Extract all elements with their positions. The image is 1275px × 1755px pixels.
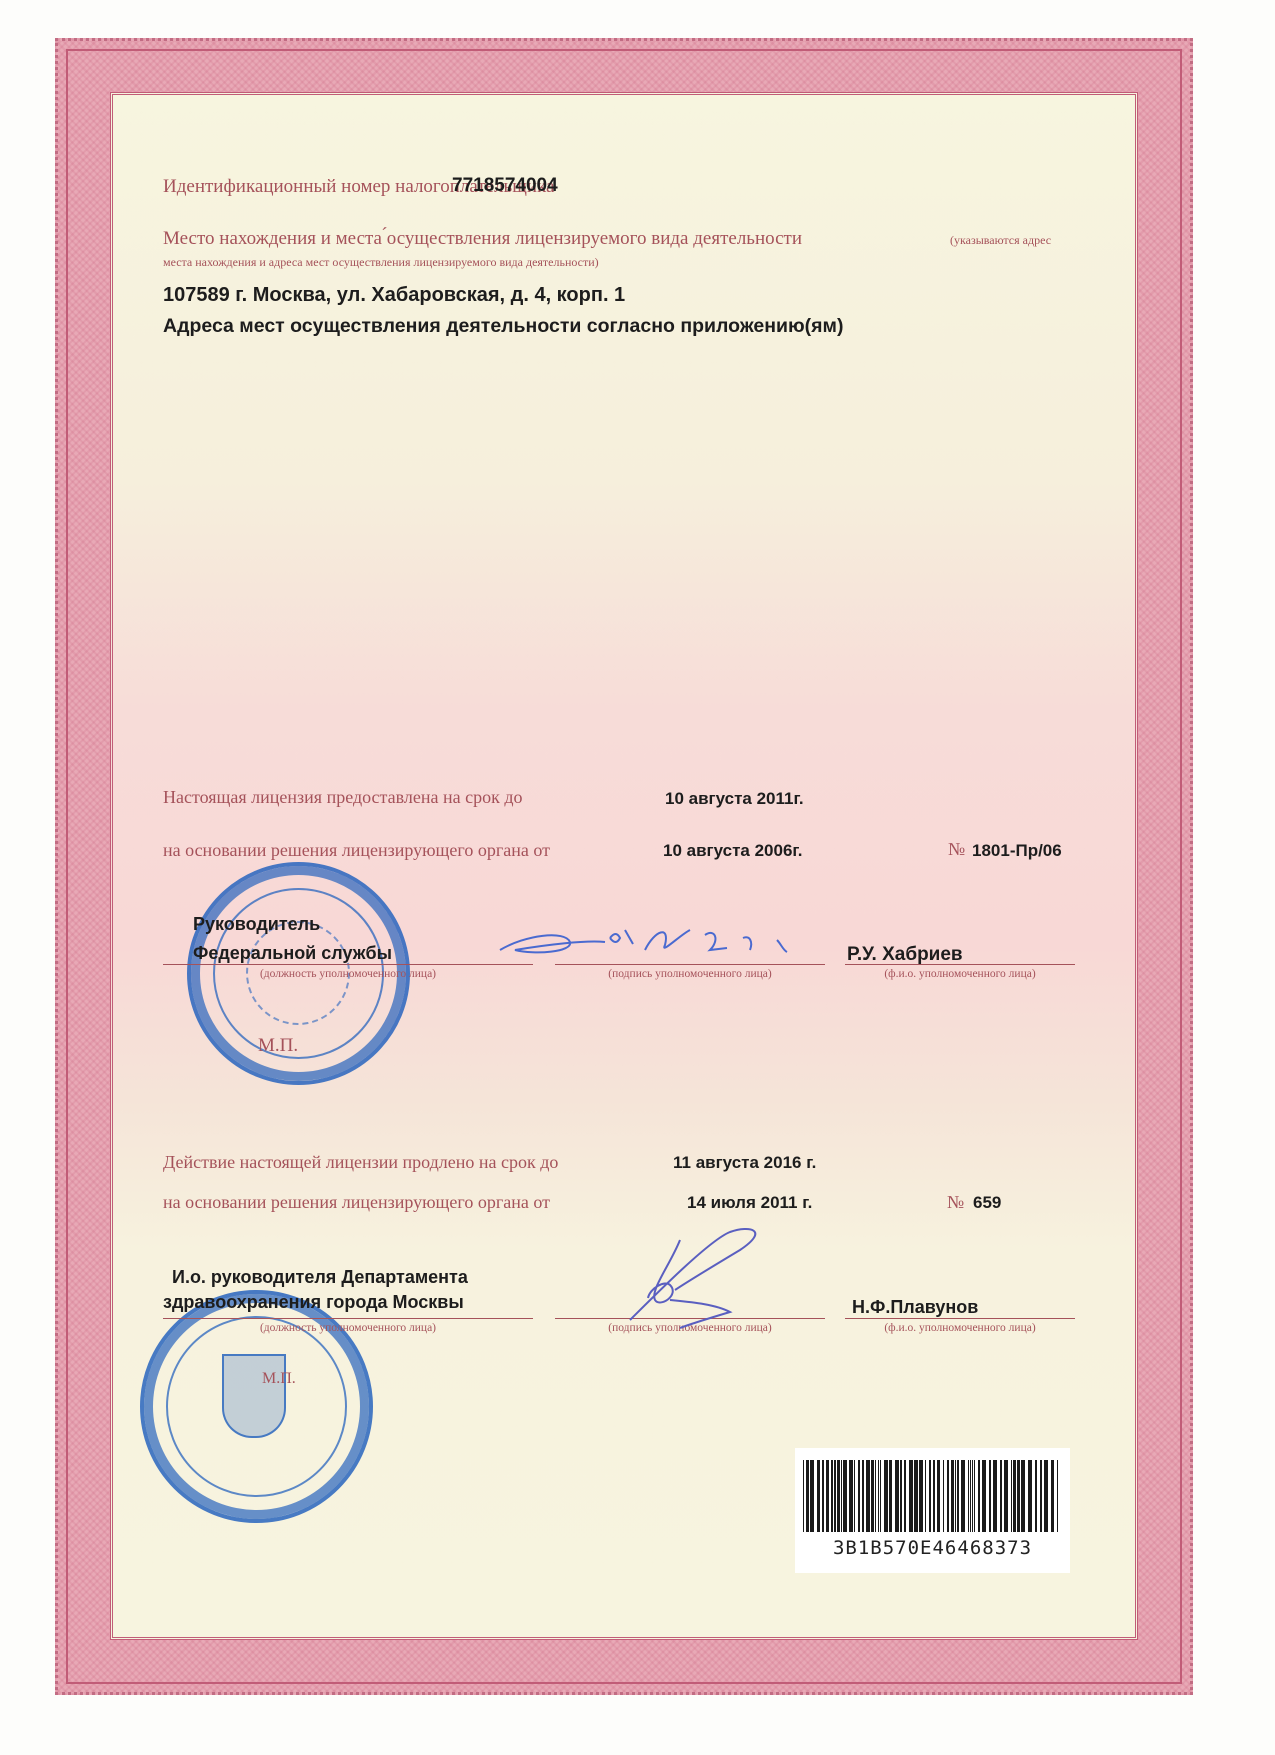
barcode-bars [803,1460,1061,1532]
extension-basis-date: 14 июля 2011 г. [687,1193,812,1213]
location-label: Место нахождения и места ́осуществления … [163,228,802,250]
number-sign: № [948,839,965,860]
caption-signature-1: (подпись уполномоченного лица) [555,968,825,980]
stamp-mark-2: М.П. [262,1370,296,1388]
location-hint-2: места нахождения и адреса мест осуществл… [163,255,599,270]
stamp-mark-1: М.П. [258,1035,298,1057]
signer-1-name: Р.У. Хабриев [847,944,963,966]
signer-2-position-1: И.о. руководителя Департамента [172,1267,468,1288]
signature-1 [495,920,865,965]
signer-1-position-1: Руководитель [193,914,320,935]
signer-1-position-2: Федеральной службы [193,943,392,964]
term-label: Настоящая лицензия предоставлена на срок… [163,787,523,808]
location-hint: (указываются адрес [950,233,1051,248]
extension-number-sign: № [947,1192,964,1213]
extension-number: 659 [973,1193,1001,1213]
caption-position-1: (должность уполномоченного лица) [163,968,533,980]
address-line-2: Адреса мест осуществления деятельности с… [163,315,843,338]
barcode: 3B1B570E46468373 [795,1448,1070,1573]
caption-name-1: (ф.и.о. уполномоченного лица) [845,968,1075,980]
inn-value: 7718574004 [452,175,558,197]
name-line-2 [845,1318,1075,1319]
basis-date: 10 августа 2006г. [663,841,803,861]
signer-2-position-2: здравоохранения города Москвы [163,1292,464,1313]
barcode-code: 3B1B570E46468373 [795,1537,1070,1559]
position-line-1 [163,964,533,965]
license-number: 1801-Пр/06 [972,841,1062,861]
basis-label: на основании решения лицензирующего орга… [163,840,550,861]
address-line-1: 107589 г. Москва, ул. Хабаровская, д. 4,… [163,284,625,307]
caption-name-2: (ф.и.о. уполномоченного лица) [845,1322,1075,1334]
extension-label: Действие настоящей лицензии продлено на … [163,1152,558,1173]
caption-position-2: (должность уполномоченного лица) [163,1322,533,1334]
position-line-2 [163,1318,533,1319]
extension-value: 11 августа 2016 г. [673,1153,816,1173]
term-value: 10 августа 2011г. [665,789,804,809]
extension-basis-label: на основании решения лицензирующего орга… [163,1192,550,1213]
signature-2 [620,1220,800,1330]
signer-2-name: Н.Ф.Плавунов [852,1297,978,1318]
